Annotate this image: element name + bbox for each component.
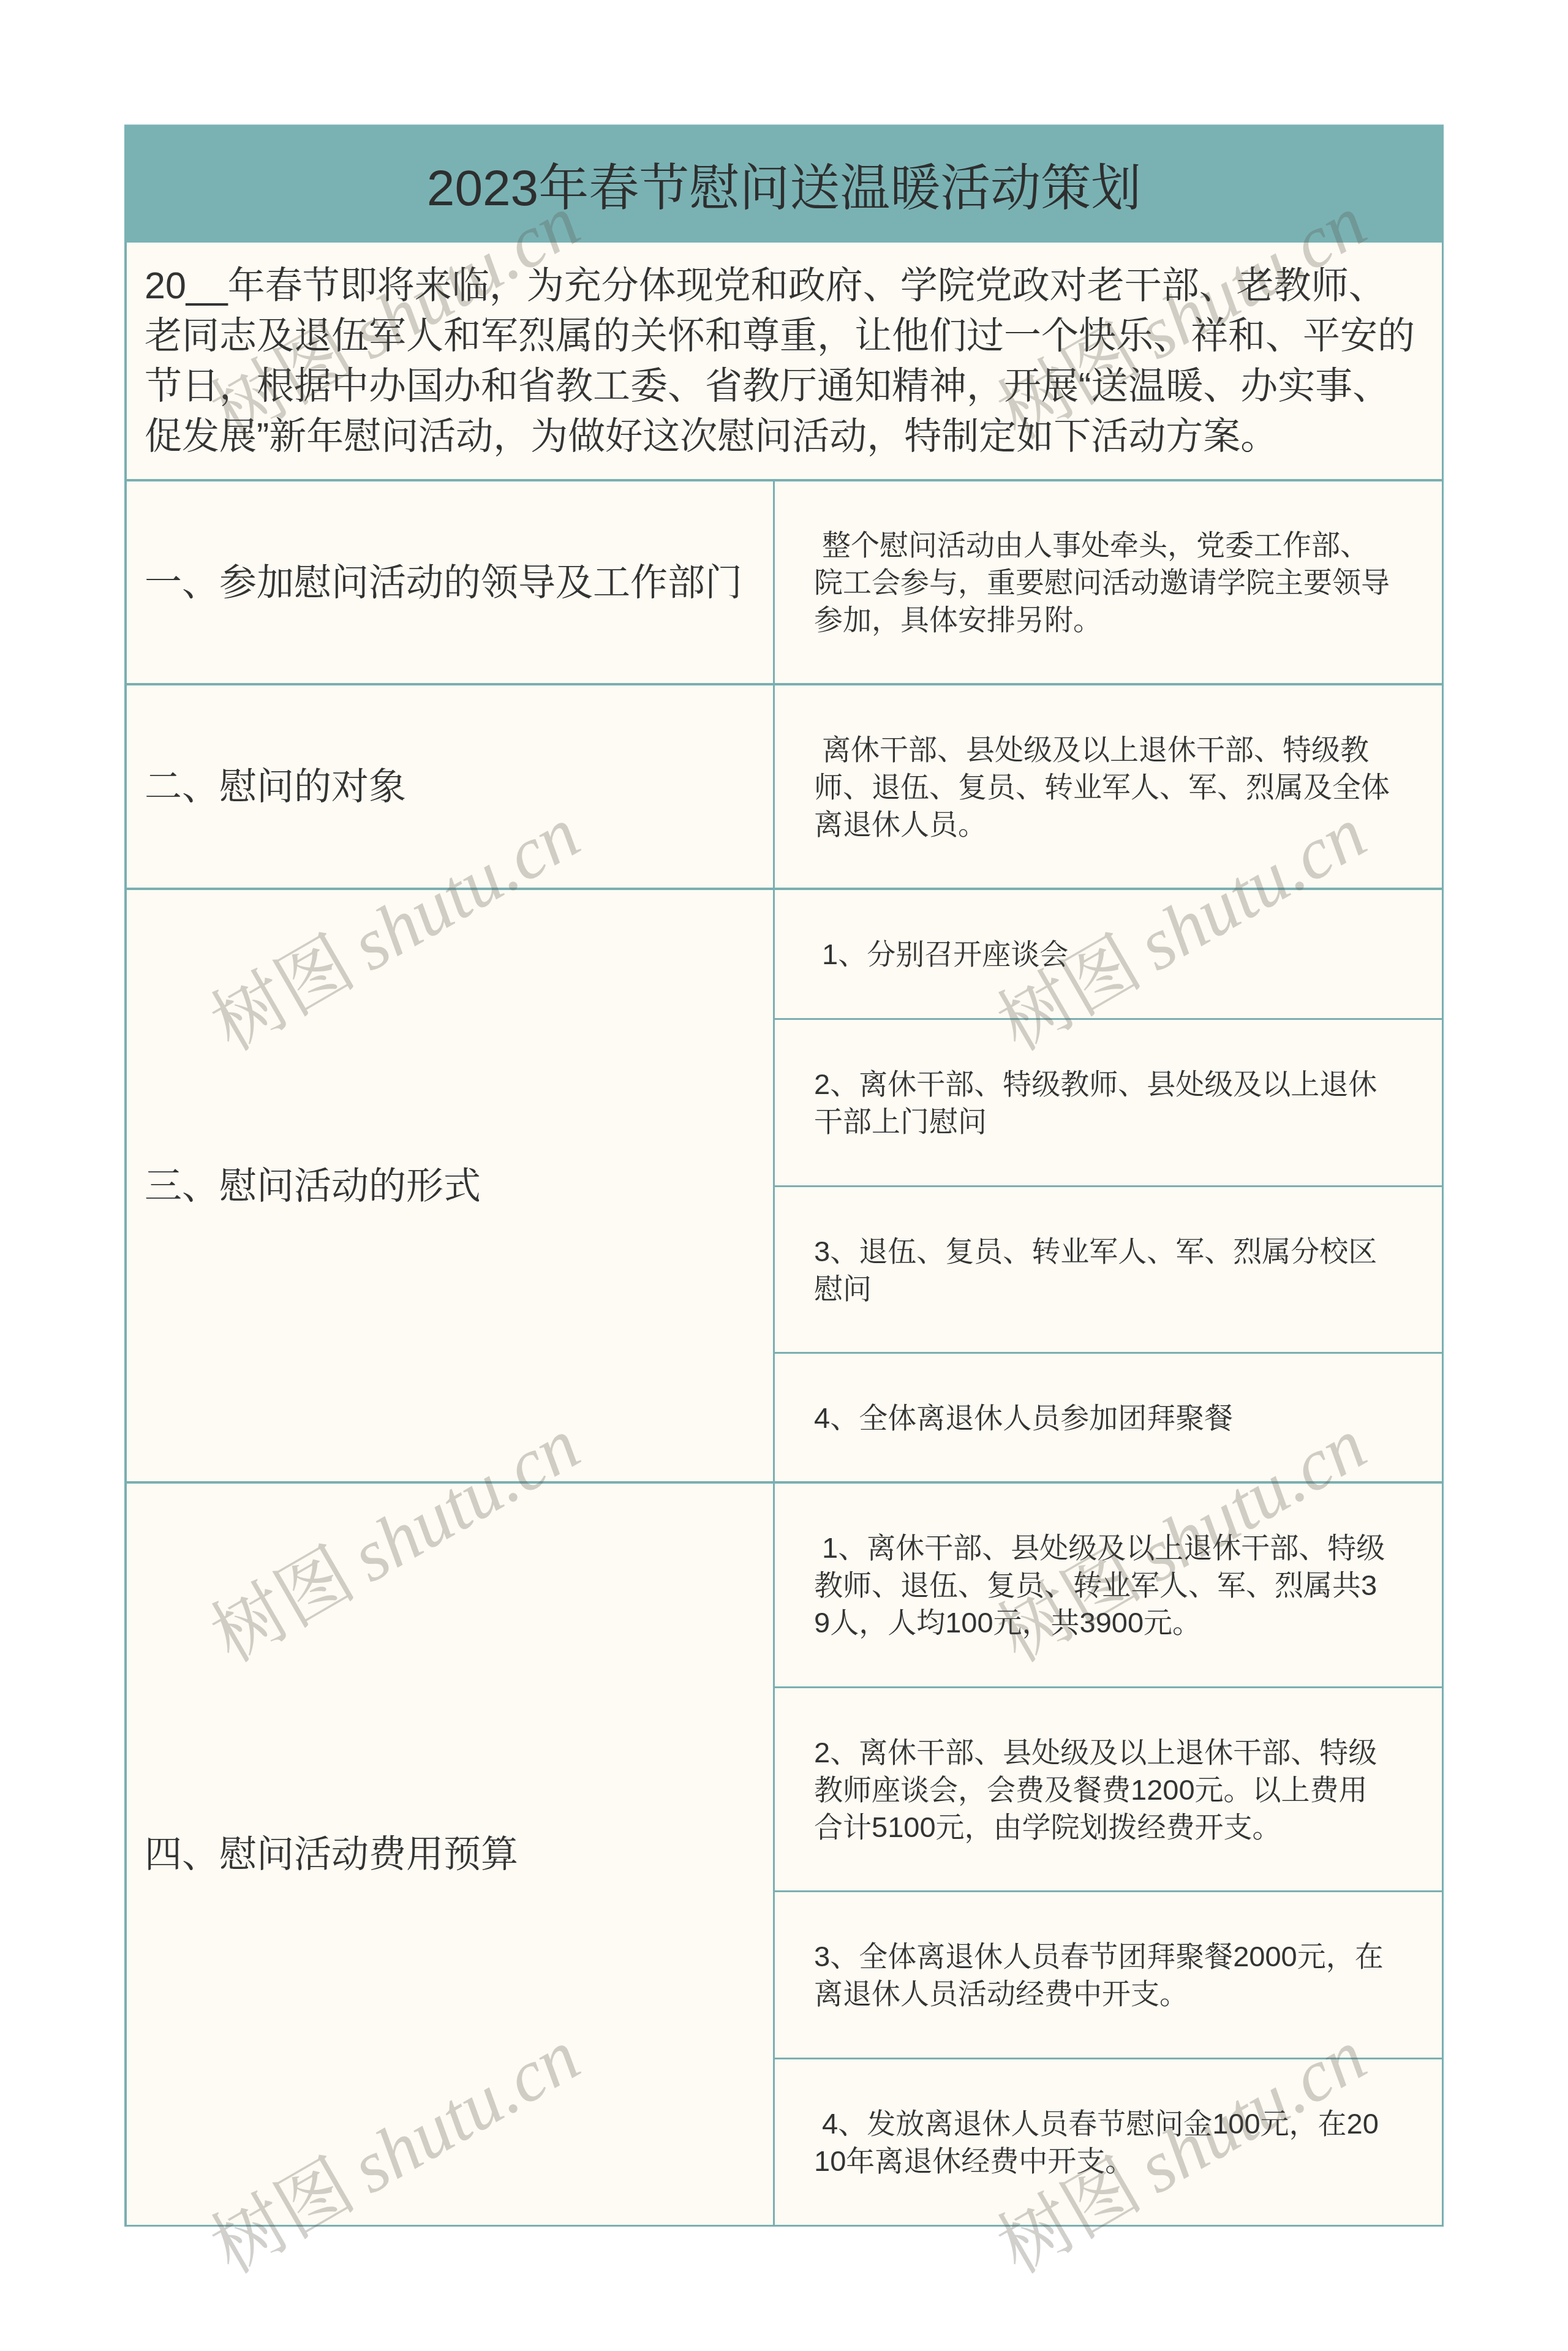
intro-line: 促发展”新年慰问活动，为做好这次慰问活动，特制定如下活动方案。 <box>145 411 1442 461</box>
content-line: 10年离退休经费中开支。 <box>814 2142 1442 2179</box>
content-line: 合计5100元，由学院划拨经费开支。 <box>814 1808 1442 1846</box>
content-line: 1、分别召开座谈会 <box>814 935 1442 973</box>
section-label: 四、慰问活动费用预算 <box>145 1830 518 1879</box>
content-item: 2、离休干部、特级教师、县处级及以上退休 干部上门慰问 <box>775 1018 1442 1185</box>
section-content-cell: 离休干部、县处级及以上退休干部、特级教 师、退伍、复员、转业军人、军、烈属及全体… <box>775 685 1442 888</box>
section-row-forms: 三、慰问活动的形式 1、分别召开座谈会 2、离休干部、特级教师、县处级及以上退休… <box>127 888 1442 1481</box>
page-title: 2023年春节慰问送温暖活动策划 <box>427 148 1141 220</box>
content-line: 2、离休干部、县处级及以上退休干部、特级 <box>814 1734 1442 1771</box>
content-line: 离退休人员。 <box>814 806 1442 843</box>
content-line: 干部上门慰问 <box>814 1103 1442 1140</box>
content-line: 1、离休干部、县处级及以上退休干部、特级 <box>814 1529 1442 1566</box>
section-label: 一、参加慰问活动的领导及工作部门 <box>145 558 742 607</box>
content-item: 整个慰问活动由人事处牵头，党委工作部、 院工会参与，重要慰问活动邀请学院主要领导… <box>775 481 1442 683</box>
intro-line: 节日，根据中办国办和省教工委、省教厅通知精神，开展“送温暖、办实事、 <box>145 361 1442 411</box>
content-item: 4、发放离退休人员春节慰问金100元，在20 10年离退休经费中开支。 <box>775 2058 1442 2225</box>
content-item: 1、分别召开座谈会 <box>775 890 1442 1018</box>
content-line: 教师、退伍、复员、转业军人、军、烈属共3 <box>814 1566 1442 1604</box>
content-line: 2、离休干部、特级教师、县处级及以上退休 <box>814 1065 1442 1103</box>
content-line: 3、退伍、复员、转业军人、军、烈属分校区 <box>814 1232 1442 1270</box>
title-bar: 2023年春节慰问送温暖活动策划 <box>124 124 1444 243</box>
intro-paragraph: 20__年春节即将来临，为充分体现党和政府、学院党政对老干部、老教师、 老同志及… <box>127 243 1442 479</box>
intro-line: 20__年春节即将来临，为充分体现党和政府、学院党政对老干部、老教师、 <box>145 260 1442 311</box>
content-line: 师、退伍、复员、转业军人、军、烈属及全体 <box>814 768 1442 806</box>
content-item: 1、离休干部、县处级及以上退休干部、特级 教师、退伍、复员、转业军人、军、烈属共… <box>775 1484 1442 1686</box>
content-line: 离退休人员活动经费中开支。 <box>814 1975 1442 2012</box>
section-label: 三、慰问活动的形式 <box>145 1161 481 1210</box>
content-line: 慰问 <box>814 1270 1442 1307</box>
section-label-cell: 二、慰问的对象 <box>127 685 775 888</box>
content-line: 院工会参与，重要慰问活动邀请学院主要领导 <box>814 564 1442 601</box>
content-line: 教师座谈会，会费及餐费1200元。以上费用 <box>814 1771 1442 1808</box>
content-item: 3、退伍、复员、转业军人、军、烈属分校区 慰问 <box>775 1185 1442 1352</box>
section-label-cell: 一、参加慰问活动的领导及工作部门 <box>127 481 775 683</box>
intro-line: 老同志及退伍军人和军烈属的关怀和尊重，让他们过一个快乐、祥和、平安的 <box>145 311 1442 361</box>
section-label-cell: 三、慰问活动的形式 <box>127 890 775 1481</box>
content-item: 4、全体离退休人员参加团拜聚餐 <box>775 1352 1442 1481</box>
content-line: 离休干部、县处级及以上退休干部、特级教 <box>814 731 1442 768</box>
content-line: 整个慰问活动由人事处牵头，党委工作部、 <box>814 526 1442 564</box>
section-content-cell: 1、离休干部、县处级及以上退休干部、特级 教师、退伍、复员、转业军人、军、烈属共… <box>775 1484 1442 2225</box>
section-content-cell: 整个慰问活动由人事处牵头，党委工作部、 院工会参与，重要慰问活动邀请学院主要领导… <box>775 481 1442 683</box>
content-line: 9人，人均100元，共3900元。 <box>814 1604 1442 1641</box>
section-row-leaders: 一、参加慰问活动的领导及工作部门 整个慰问活动由人事处牵头，党委工作部、 院工会… <box>127 479 1442 683</box>
section-content-cell: 1、分别召开座谈会 2、离休干部、特级教师、县处级及以上退休 干部上门慰问 3、… <box>775 890 1442 1481</box>
content-line: 3、全体离退休人员春节团拜聚餐2000元，在 <box>814 1938 1442 1975</box>
content-item: 3、全体离退休人员春节团拜聚餐2000元，在 离退休人员活动经费中开支。 <box>775 1890 1442 2058</box>
content-item: 离休干部、县处级及以上退休干部、特级教 师、退伍、复员、转业军人、军、烈属及全体… <box>775 685 1442 888</box>
content-line: 参加，具体安排另附。 <box>814 601 1442 638</box>
content-line: 4、发放离退休人员春节慰问金100元，在20 <box>814 2105 1442 2142</box>
plan-table: 2023年春节慰问送温暖活动策划 20__年春节即将来临，为充分体现党和政府、学… <box>124 124 1444 2227</box>
section-row-budget: 四、慰问活动费用预算 1、离休干部、县处级及以上退休干部、特级 教师、退伍、复员… <box>127 1481 1442 2225</box>
content-line: 4、全体离退休人员参加团拜聚餐 <box>814 1399 1442 1436</box>
section-row-targets: 二、慰问的对象 离休干部、县处级及以上退休干部、特级教 师、退伍、复员、转业军人… <box>127 683 1442 888</box>
section-label-cell: 四、慰问活动费用预算 <box>127 1484 775 2225</box>
content-item: 2、离休干部、县处级及以上退休干部、特级 教师座谈会，会费及餐费1200元。以上… <box>775 1686 1442 1890</box>
section-label: 二、慰问的对象 <box>145 762 406 811</box>
